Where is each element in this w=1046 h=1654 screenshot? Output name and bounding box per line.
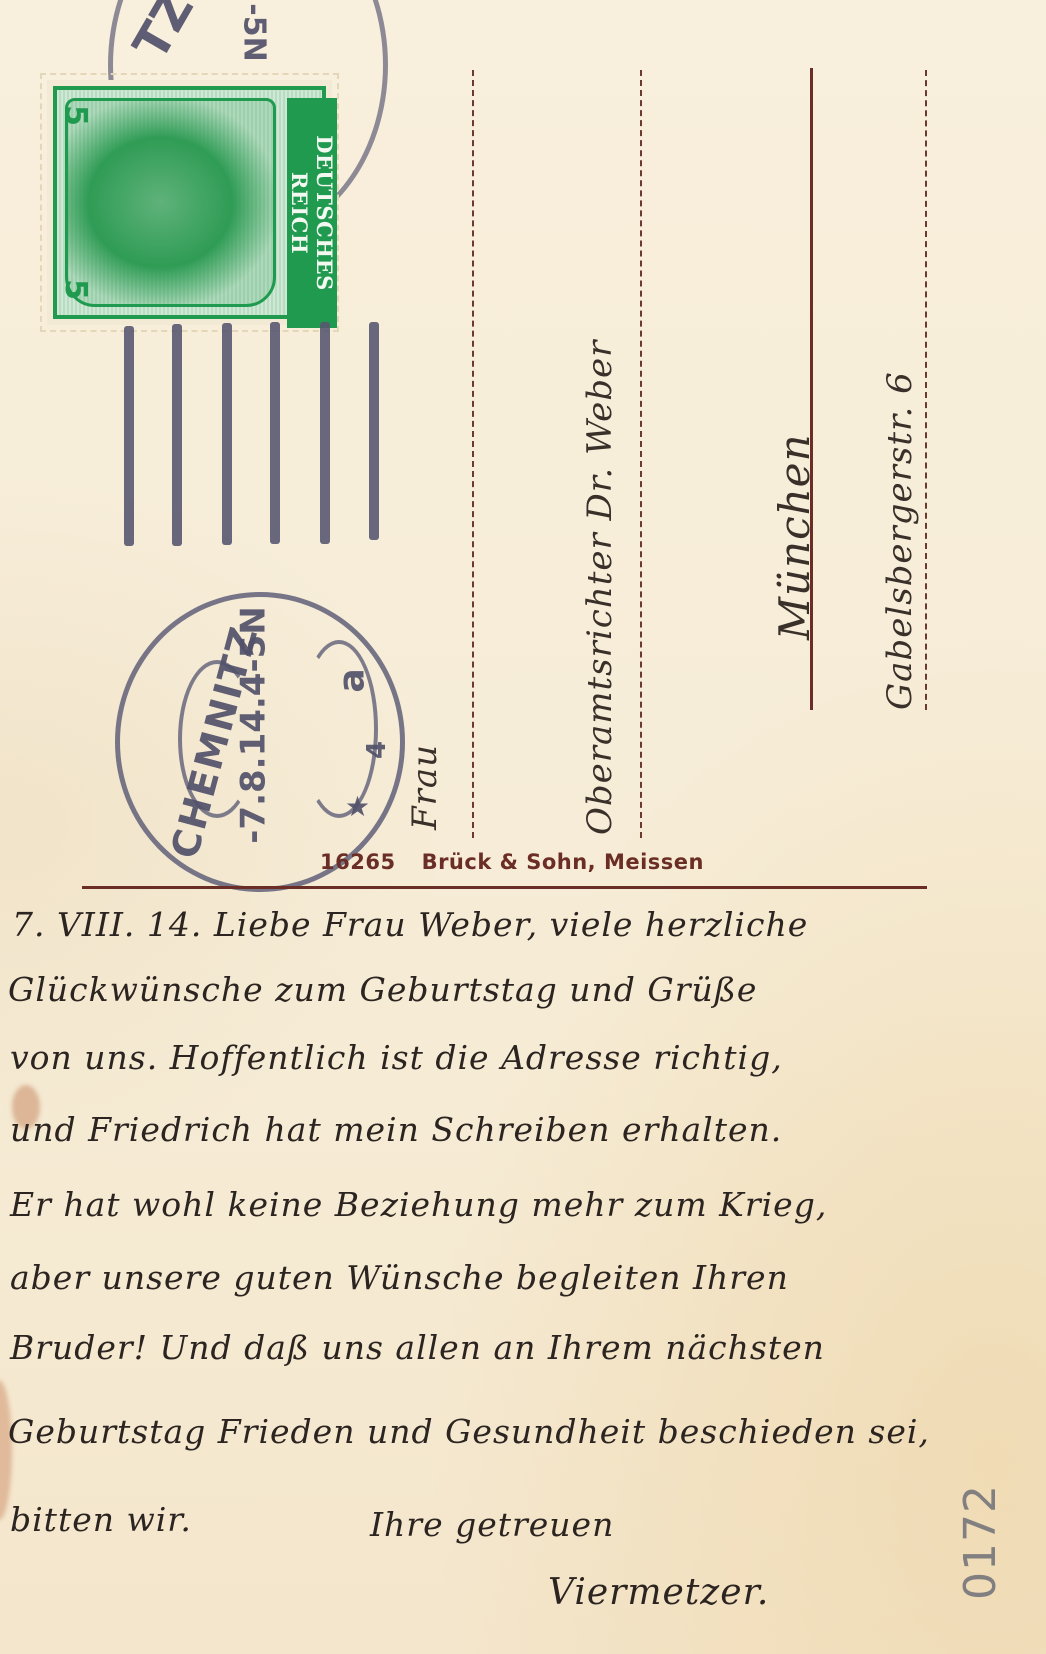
publisher-imprint: 16265Brück & Sohn, Meissen <box>320 850 704 874</box>
stamp-country: DEUTSCHES REICH <box>287 98 337 328</box>
address-street: Gabelsbergerstr. 6 <box>880 371 920 710</box>
message-line: und Friedrich hat mein Schreiben erhalte… <box>10 1110 782 1149</box>
postmark-letter: a <box>332 668 373 692</box>
postmark-number: 4 <box>362 741 392 759</box>
address-line-2 <box>640 70 642 838</box>
archive-number: 0172 <box>955 1484 1006 1600</box>
postage-stamp: 5 5 DEUTSCHES REICH <box>47 80 332 325</box>
postmark-star: ★ <box>345 790 370 823</box>
stamp-value-bottom: 5 <box>58 279 93 300</box>
stamp-value-top: 5 <box>58 105 93 126</box>
germania-portrait <box>65 98 276 307</box>
message-line: Er hat wohl keine Beziehung mehr zum Kri… <box>10 1185 827 1224</box>
message-line: aber unsere guten Wünsche begleiten Ihre… <box>10 1258 789 1297</box>
top-postmark-time: -5N <box>237 3 272 61</box>
cancel-bar <box>270 322 280 544</box>
cancel-bar <box>369 322 379 540</box>
message-signature: Viermetzer. <box>548 1572 769 1613</box>
message-line: bitten wir. <box>10 1500 192 1539</box>
message-line: Glückwünsche zum Geburtstag und Grüße <box>8 970 757 1009</box>
cancel-bar <box>172 324 182 546</box>
cancel-bar <box>124 326 134 546</box>
publisher-name: Brück & Sohn, Meissen <box>422 850 704 874</box>
stamp-border <box>53 86 326 319</box>
catalog-number: 16265 <box>320 850 396 874</box>
address-city: München <box>770 433 819 640</box>
message-closing: Ihre getreuen <box>370 1505 614 1544</box>
address-line-4 <box>925 70 927 710</box>
message-line: von uns. Hoffentlich ist die Adresse ric… <box>10 1038 783 1077</box>
message-line: Bruder! Und daß uns allen an Ihrem nächs… <box>10 1328 825 1367</box>
postmark-date: -7.8.14.4-5N <box>234 606 274 843</box>
message-line: Geburtstag Frieden und Gesundheit beschi… <box>8 1412 930 1451</box>
address-line-1 <box>472 70 474 838</box>
address-recipient-name: Oberamtsrichter Dr. Weber <box>580 340 620 835</box>
divider-line <box>82 886 927 889</box>
cancel-bar <box>320 322 330 544</box>
message-line: 7. VIII. 14. Liebe Frau Weber, viele her… <box>12 905 808 944</box>
address-recipient-title: Frau <box>405 744 445 830</box>
cancel-bar <box>222 323 232 545</box>
